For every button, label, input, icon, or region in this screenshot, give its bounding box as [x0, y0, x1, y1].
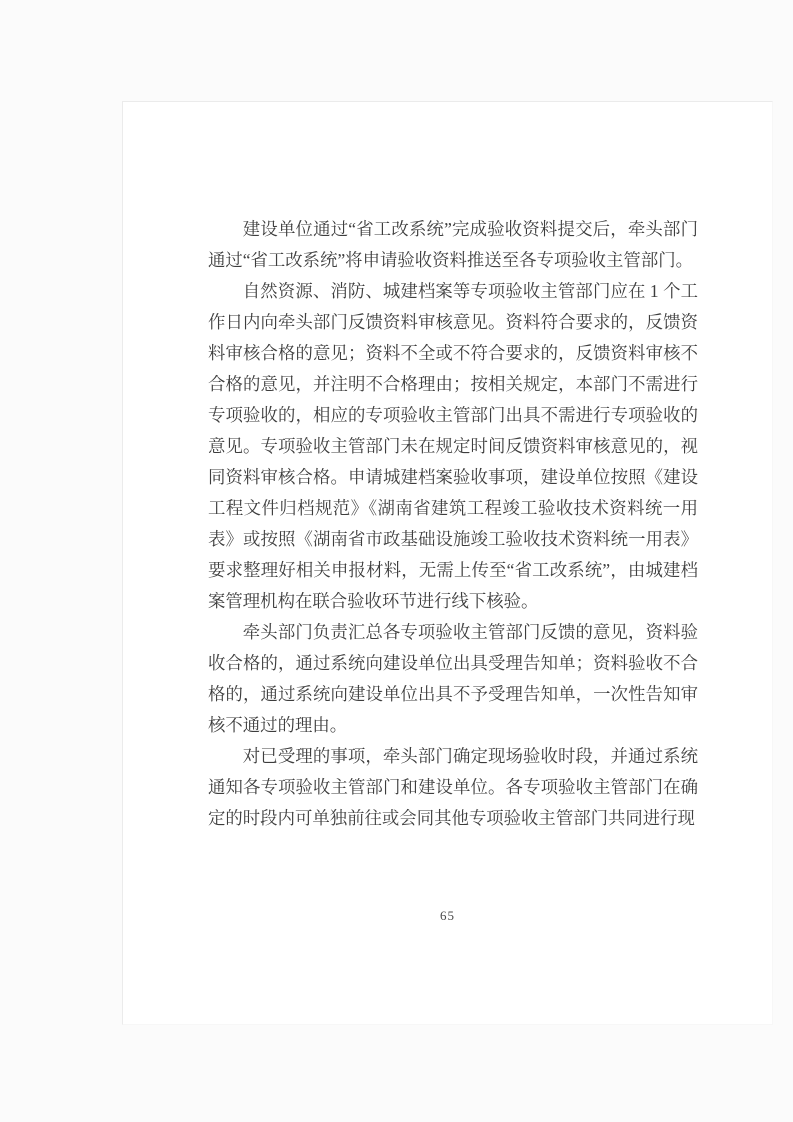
paragraph-2: 自然资源、消防、城建档案等专项验收主管部门应在 1 个工作日内向牵头部门反馈资料… [208, 276, 698, 617]
page-body-text: 建设单位通过“省工改系统”完成验收资料提交后，牵头部门通过“省工改系统”将申请验… [208, 214, 698, 834]
paragraph-4: 对已受理的事项，牵头部门确定现场验收时段，并通过系统通知各专项验收主管部门和建设… [208, 741, 698, 834]
page-number: 65 [123, 908, 772, 924]
paragraph-1: 建设单位通过“省工改系统”完成验收资料提交后，牵头部门通过“省工改系统”将申请验… [208, 214, 698, 276]
document-canvas: 建设单位通过“省工改系统”完成验收资料提交后，牵头部门通过“省工改系统”将申请验… [0, 0, 793, 1122]
document-sheet: 建设单位通过“省工改系统”完成验收资料提交后，牵头部门通过“省工改系统”将申请验… [122, 101, 773, 1025]
paragraph-3: 牵头部门负责汇总各专项验收主管部门反馈的意见，资料验收合格的，通过系统向建设单位… [208, 617, 698, 741]
